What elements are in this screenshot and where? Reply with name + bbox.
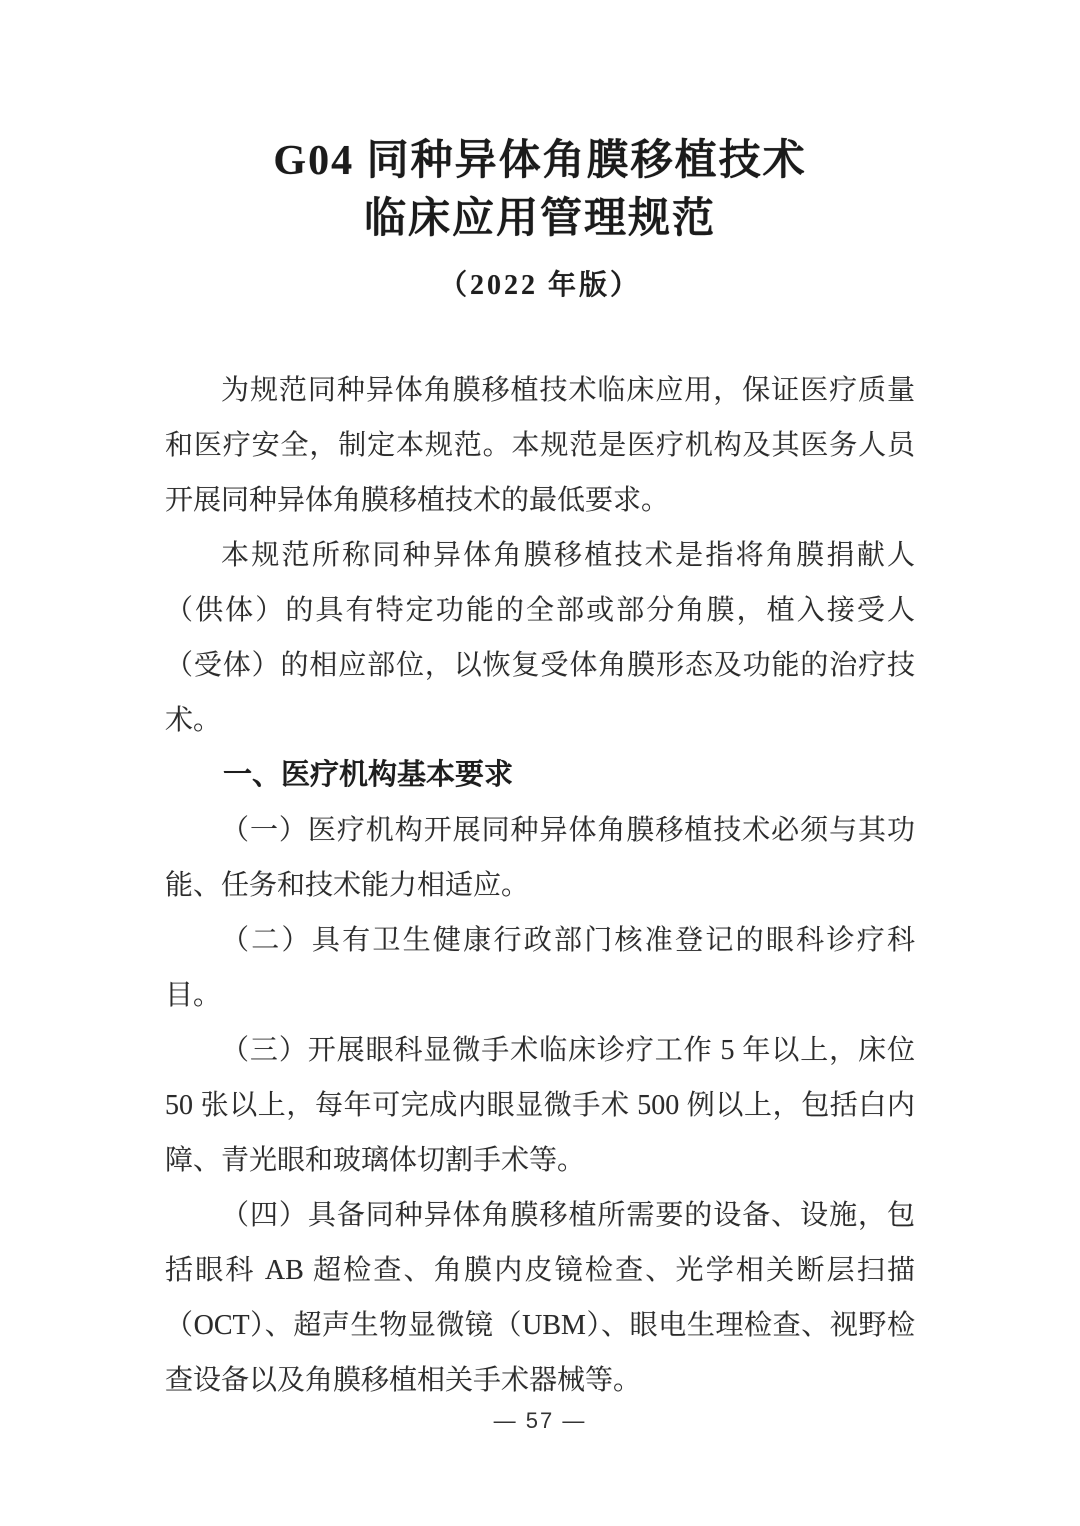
intro-paragraph-2: 本规范所称同种异体角膜移植技术是指将角膜捐献人（供体）的具有特定功能的全部或部分… (165, 528, 915, 748)
document-title: G04 同种异体角膜移植技术 临床应用管理规范 (165, 132, 915, 248)
section-item-3: （三）开展眼科显微手术临床诊疗工作 5 年以上，床位 50 张以上，每年可完成内… (165, 1023, 915, 1188)
document-body: 为规范同种异体角膜移植技术临床应用，保证医疗质量和医疗安全，制定本规范。本规范是… (165, 363, 915, 1408)
title-line-2: 临床应用管理规范 (165, 190, 915, 248)
section-item-1: （一）医疗机构开展同种异体角膜移植技术必须与其功能、任务和技术能力相适应。 (165, 803, 915, 913)
page-number: — 57 — (494, 1408, 587, 1433)
document-content: G04 同种异体角膜移植技术 临床应用管理规范 （2022 年版） 为规范同种异… (165, 0, 915, 1408)
page-footer: — 57 — (0, 1408, 1080, 1434)
section-item-4: （四）具备同种异体角膜移植所需要的设备、设施，包括眼科 AB 超检查、角膜内皮镜… (165, 1188, 915, 1408)
section-item-2: （二）具有卫生健康行政部门核准登记的眼科诊疗科目。 (165, 913, 915, 1023)
section-heading-1: 一、医疗机构基本要求 (165, 748, 915, 803)
title-line-1: G04 同种异体角膜移植技术 (165, 132, 915, 190)
intro-paragraph-1: 为规范同种异体角膜移植技术临床应用，保证医疗质量和医疗安全，制定本规范。本规范是… (165, 363, 915, 528)
edition-label: （2022 年版） (165, 269, 915, 303)
document-page: G04 同种异体角膜移植技术 临床应用管理规范 （2022 年版） 为规范同种异… (0, 0, 1080, 1526)
